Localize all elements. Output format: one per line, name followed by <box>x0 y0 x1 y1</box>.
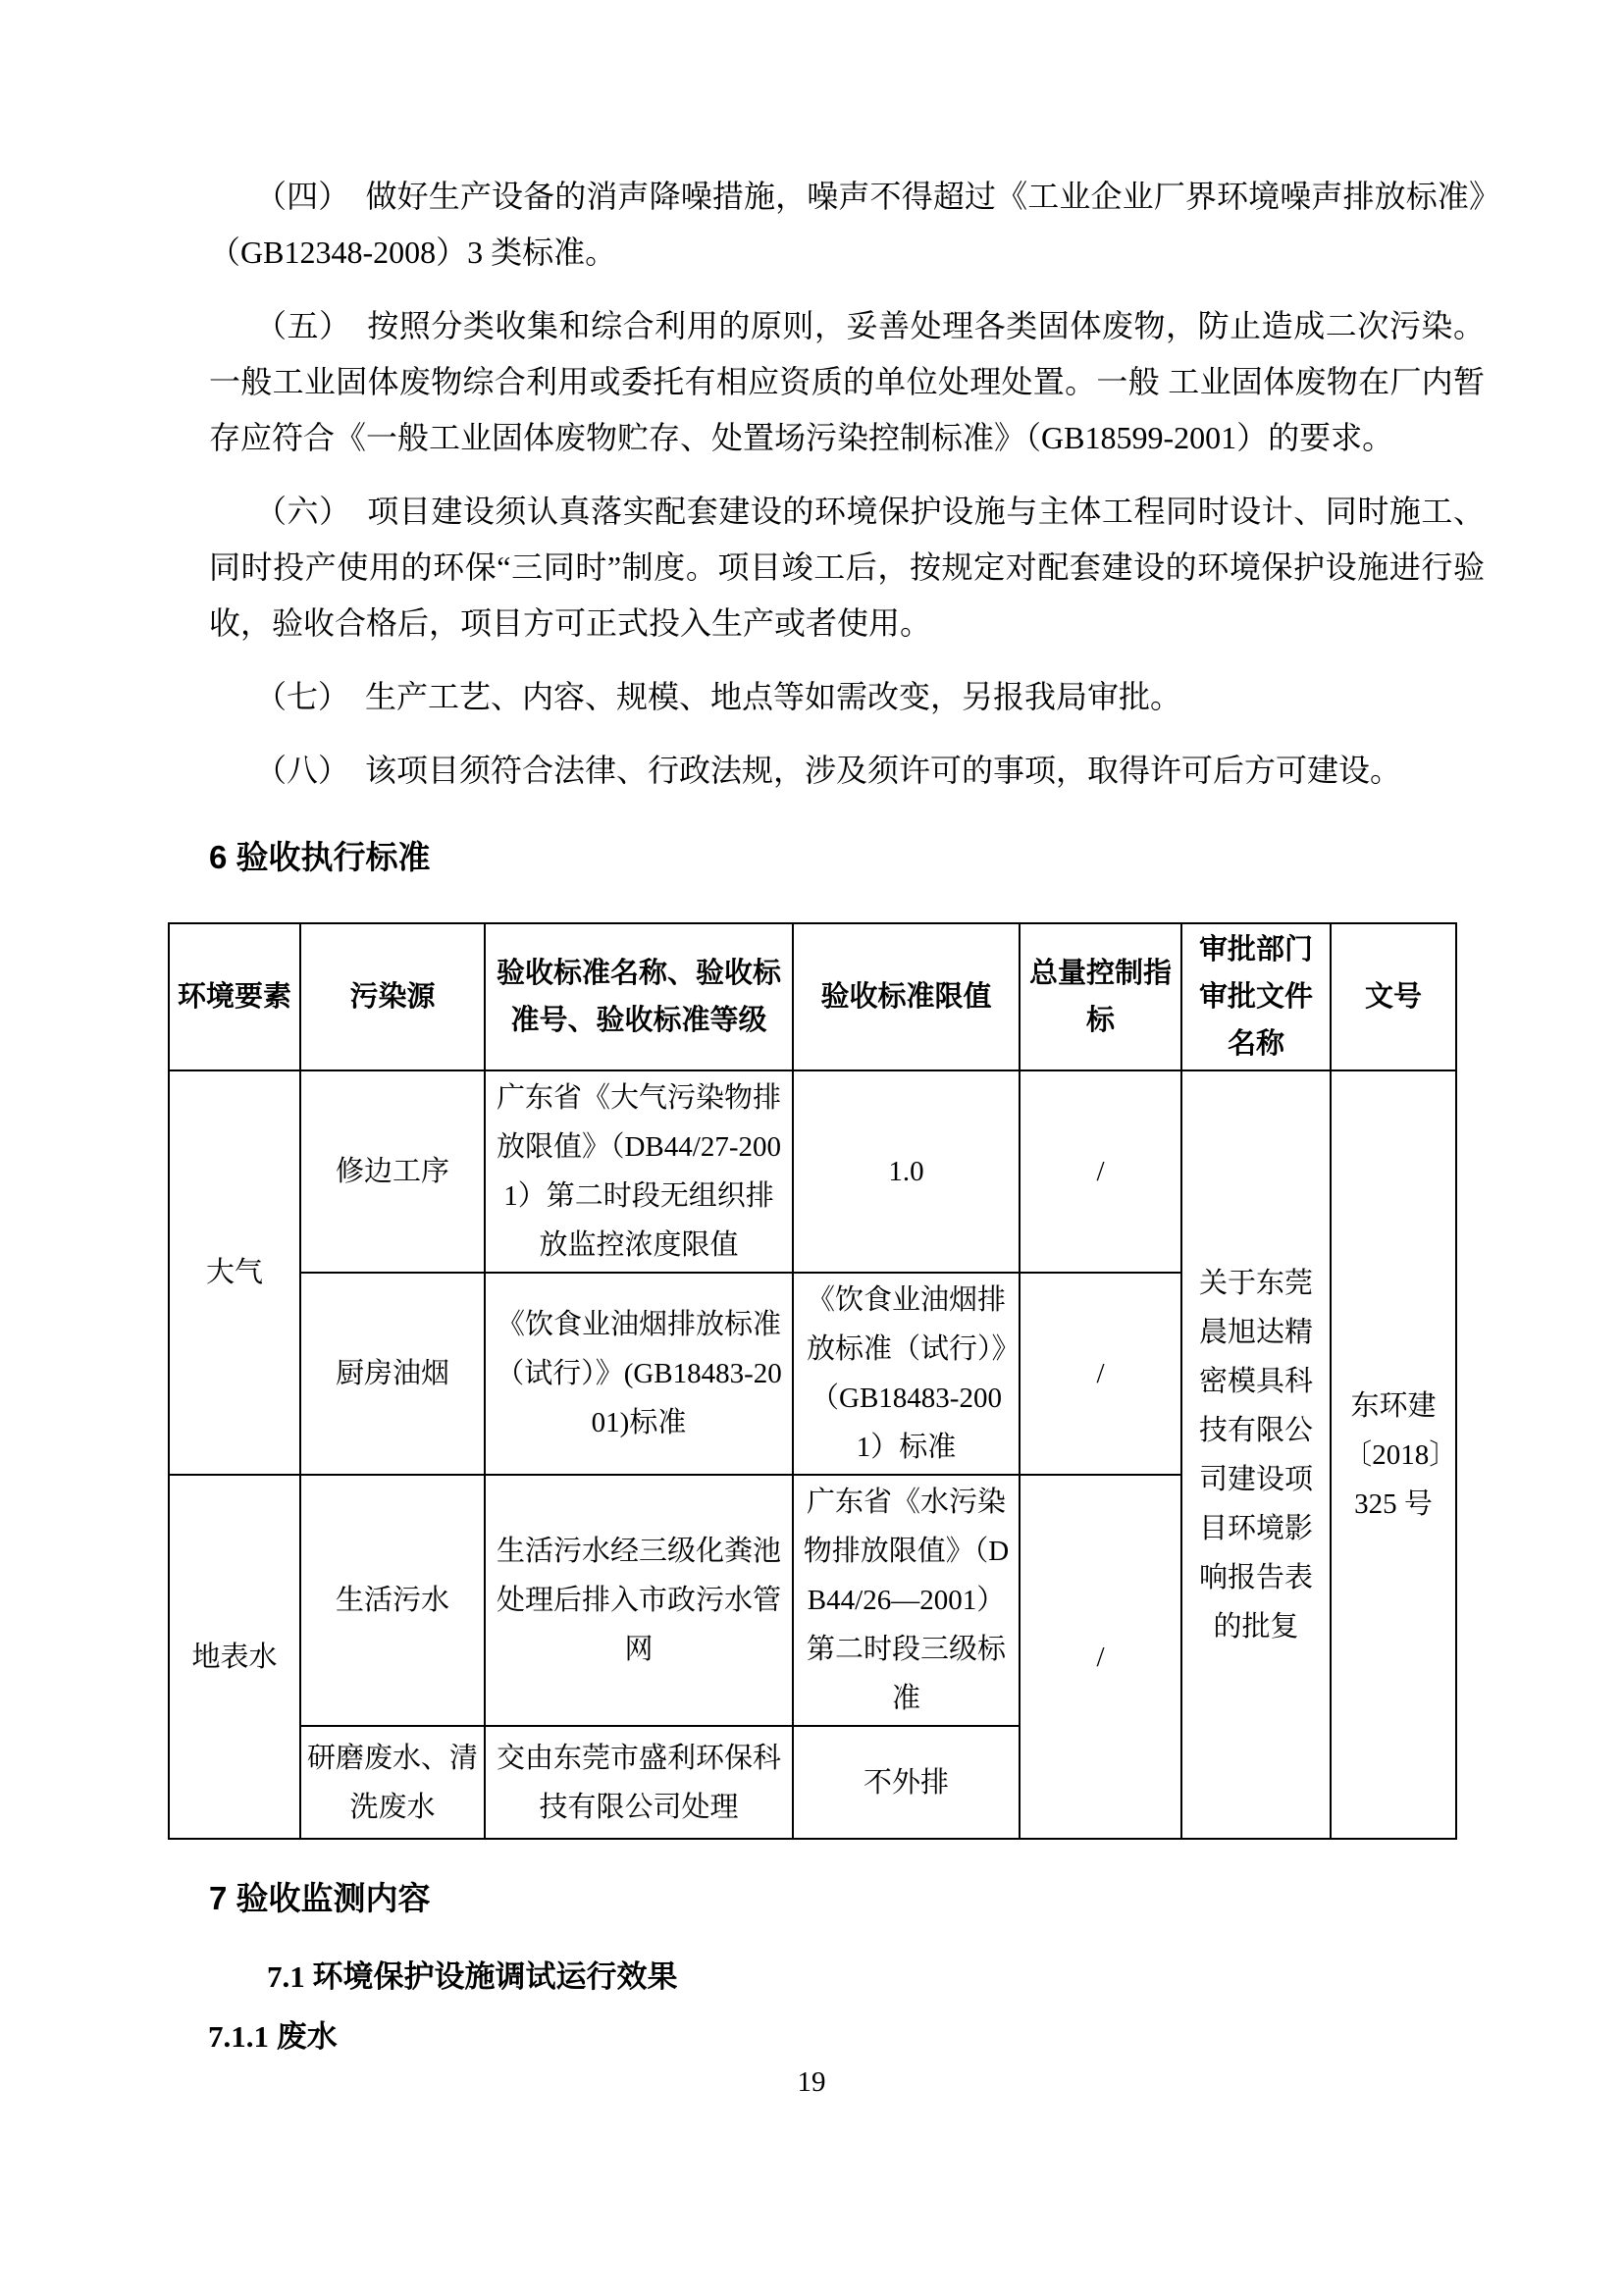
cell-source-grinding-wastewater: 研磨废水、清洗废水 <box>300 1726 485 1839</box>
cell-standard-domestic-sewage: 生活污水经三级化粪池处理后排入市政污水管网 <box>485 1475 793 1726</box>
header-standard-name: 验收标准名称、验收标准号、验收标准等级 <box>485 923 793 1070</box>
table-row: 大气 修边工序 广东省《大气污染物排放限值》（DB44/27-2001）第二时段… <box>169 1070 1456 1273</box>
cell-limit-domestic-sewage: 广东省《水污染物排放限值》（DB44/26—2001）第二时段三级标准 <box>793 1475 1020 1726</box>
cell-limit-kitchen: 《饮食业油烟排放标准（试行）》（GB18483-2001）标准 <box>793 1273 1020 1475</box>
cell-limit-trimming: 1.0 <box>793 1070 1020 1273</box>
header-standard-limit: 验收标准限值 <box>793 923 1020 1070</box>
cell-standard-trimming: 广东省《大气污染物排放限值》（DB44/27-2001）第二时段无组织排放监控浓… <box>485 1070 793 1273</box>
header-approval-doc: 审批部门审批文件名称 <box>1181 923 1331 1070</box>
body-paragraphs: （四） 做好生产设备的消声降噪措施，噪声不得超过《工业企业厂界环境噪声排放标准》… <box>209 169 1485 816</box>
header-total-control: 总量控制指标 <box>1020 923 1181 1070</box>
section-7-1-1-heading: 7.1.1 废水 <box>208 2018 338 2056</box>
section-7-heading: 7 验收监测内容 <box>209 1880 431 1917</box>
header-env-element: 环境要素 <box>169 923 300 1070</box>
cell-source-trimming: 修边工序 <box>300 1070 485 1273</box>
page-number: 19 <box>0 2065 1623 2099</box>
paragraph-item-4: （四） 做好生产设备的消声降噪措施，噪声不得超过《工业企业厂界环境噪声排放标准》… <box>209 169 1485 281</box>
cell-doc-number: 东环建〔2018〕325 号 <box>1331 1070 1456 1839</box>
paragraph-item-8: （八） 该项目须符合法律、行政法规，涉及须许可的事项，取得许可后方可建设。 <box>209 743 1485 799</box>
cell-element-air: 大气 <box>169 1070 300 1475</box>
cell-total-kitchen: / <box>1020 1273 1181 1475</box>
cell-standard-kitchen: 《饮食业油烟排放标准（试行）》(GB18483-2001)标准 <box>485 1273 793 1475</box>
document-page: （四） 做好生产设备的消声降噪措施，噪声不得超过《工业企业厂界环境噪声排放标准》… <box>0 0 1623 2296</box>
section-6-heading: 6 验收执行标准 <box>209 839 431 876</box>
cell-standard-grinding-wastewater: 交由东莞市盛利环保科技有限公司处理 <box>485 1726 793 1839</box>
header-pollution-source: 污染源 <box>300 923 485 1070</box>
cell-total-water: / <box>1020 1475 1181 1839</box>
cell-approval-doc: 关于东莞晨旭达精密模具科技有限公司建设项目环境影响报告表的批复 <box>1181 1070 1331 1839</box>
header-doc-number: 文号 <box>1331 923 1456 1070</box>
paragraph-item-5: （五） 按照分类收集和综合利用的原则，妥善处理各类固体废物，防止造成二次污染。一… <box>209 298 1485 466</box>
cell-total-trimming: / <box>1020 1070 1181 1273</box>
standards-table-wrapper: 环境要素 污染源 验收标准名称、验收标准号、验收标准等级 验收标准限值 总量控制… <box>168 922 1457 1840</box>
cell-source-domestic-sewage: 生活污水 <box>300 1475 485 1726</box>
paragraph-item-6: （六） 项目建设须认真落实配套建设的环境保护设施与主体工程同时设计、同时施工、同… <box>209 484 1485 652</box>
section-7-1-heading: 7.1 环境保护设施调试运行效果 <box>267 1958 678 1996</box>
cell-element-surface-water: 地表水 <box>169 1475 300 1839</box>
standards-table: 环境要素 污染源 验收标准名称、验收标准号、验收标准等级 验收标准限值 总量控制… <box>168 922 1457 1840</box>
cell-source-kitchen: 厨房油烟 <box>300 1273 485 1475</box>
table-header-row: 环境要素 污染源 验收标准名称、验收标准号、验收标准等级 验收标准限值 总量控制… <box>169 923 1456 1070</box>
paragraph-item-7: （七） 生产工艺、内容、规模、地点等如需改变，另报我局审批。 <box>209 669 1485 725</box>
cell-limit-grinding-wastewater: 不外排 <box>793 1726 1020 1839</box>
